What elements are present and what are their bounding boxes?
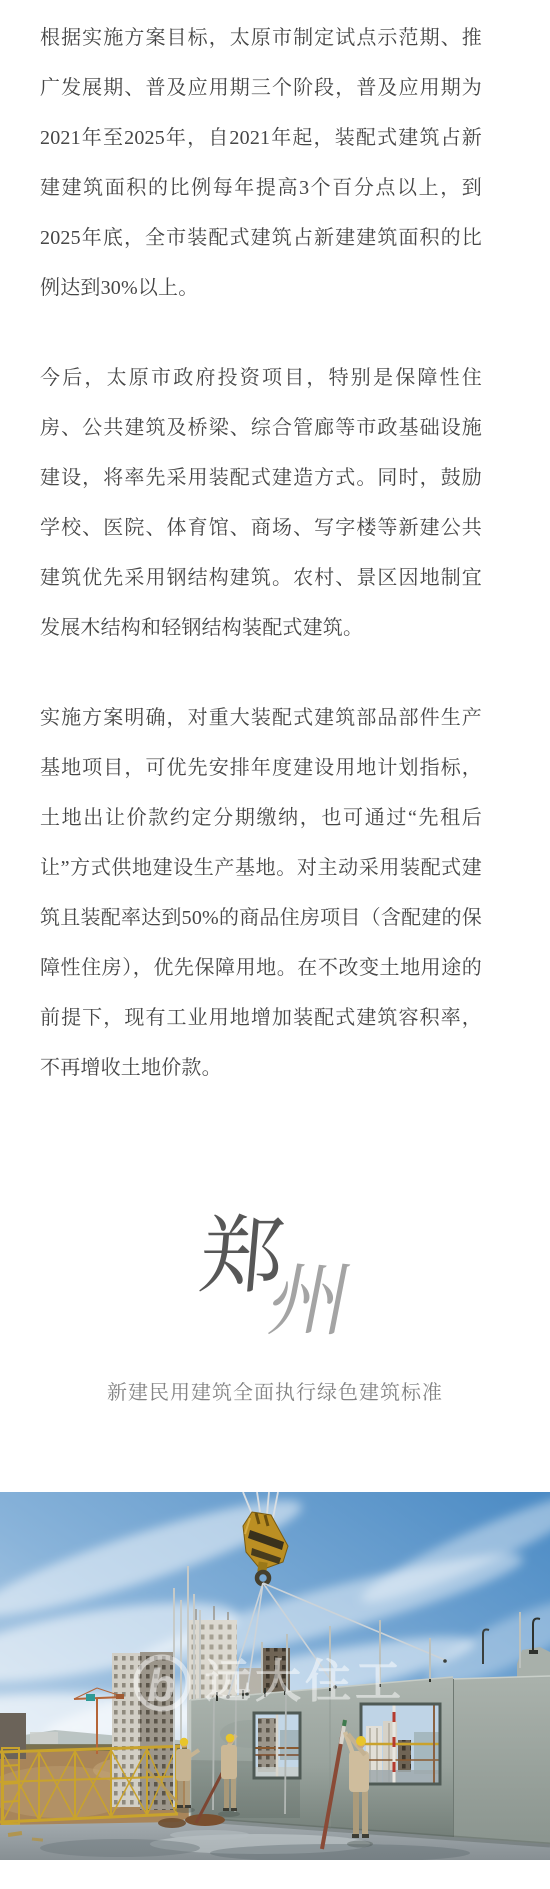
article-paragraph: 今后，太原市政府投资项目，特别是保障性住房、公共建筑及桥梁、综合管廊等市政基础设… xyxy=(40,353,482,653)
article-paragraph: 根据实施方案目标，太原市制定试点示范期、推广发展期、普及应用期三个阶段，普及应用… xyxy=(40,13,482,313)
dirt-pile xyxy=(185,1814,225,1826)
hard-hat xyxy=(180,1738,188,1746)
wall-window-left xyxy=(254,1713,300,1778)
article-paragraph: 实施方案明确，对重大装配式建筑部品部件生产基地项目，可优先安排年度建设用地计划指… xyxy=(40,693,482,1093)
watermark-brand-text: 远大住工 xyxy=(205,1655,405,1707)
watermark-logo-letter: b xyxy=(147,1659,175,1711)
dirt-pile xyxy=(158,1818,186,1828)
construction-photo-svg: b 远大住工 xyxy=(0,1492,550,1860)
wall-window-right xyxy=(361,1704,440,1784)
hard-hat xyxy=(226,1734,235,1743)
article-body: 根据实施方案目标，太原市制定试点示范期、推广发展期、普及应用期三个阶段，普及应用… xyxy=(40,13,482,1133)
photo-caption: 新建民用建筑全面执行绿色建筑标准 xyxy=(0,1376,550,1405)
zhengzhou-logo: 郑 州 xyxy=(0,1216,550,1376)
article-page: 根据实施方案目标，太原市制定试点示范期、推广发展期、普及应用期三个阶段，普及应用… xyxy=(0,0,550,1889)
logo-char-zheng: 郑 xyxy=(196,1216,287,1300)
news-photo: b 远大住工 xyxy=(0,1492,550,1860)
hard-hat xyxy=(356,1736,366,1746)
logo-char-zhou: 州 xyxy=(262,1262,358,1342)
